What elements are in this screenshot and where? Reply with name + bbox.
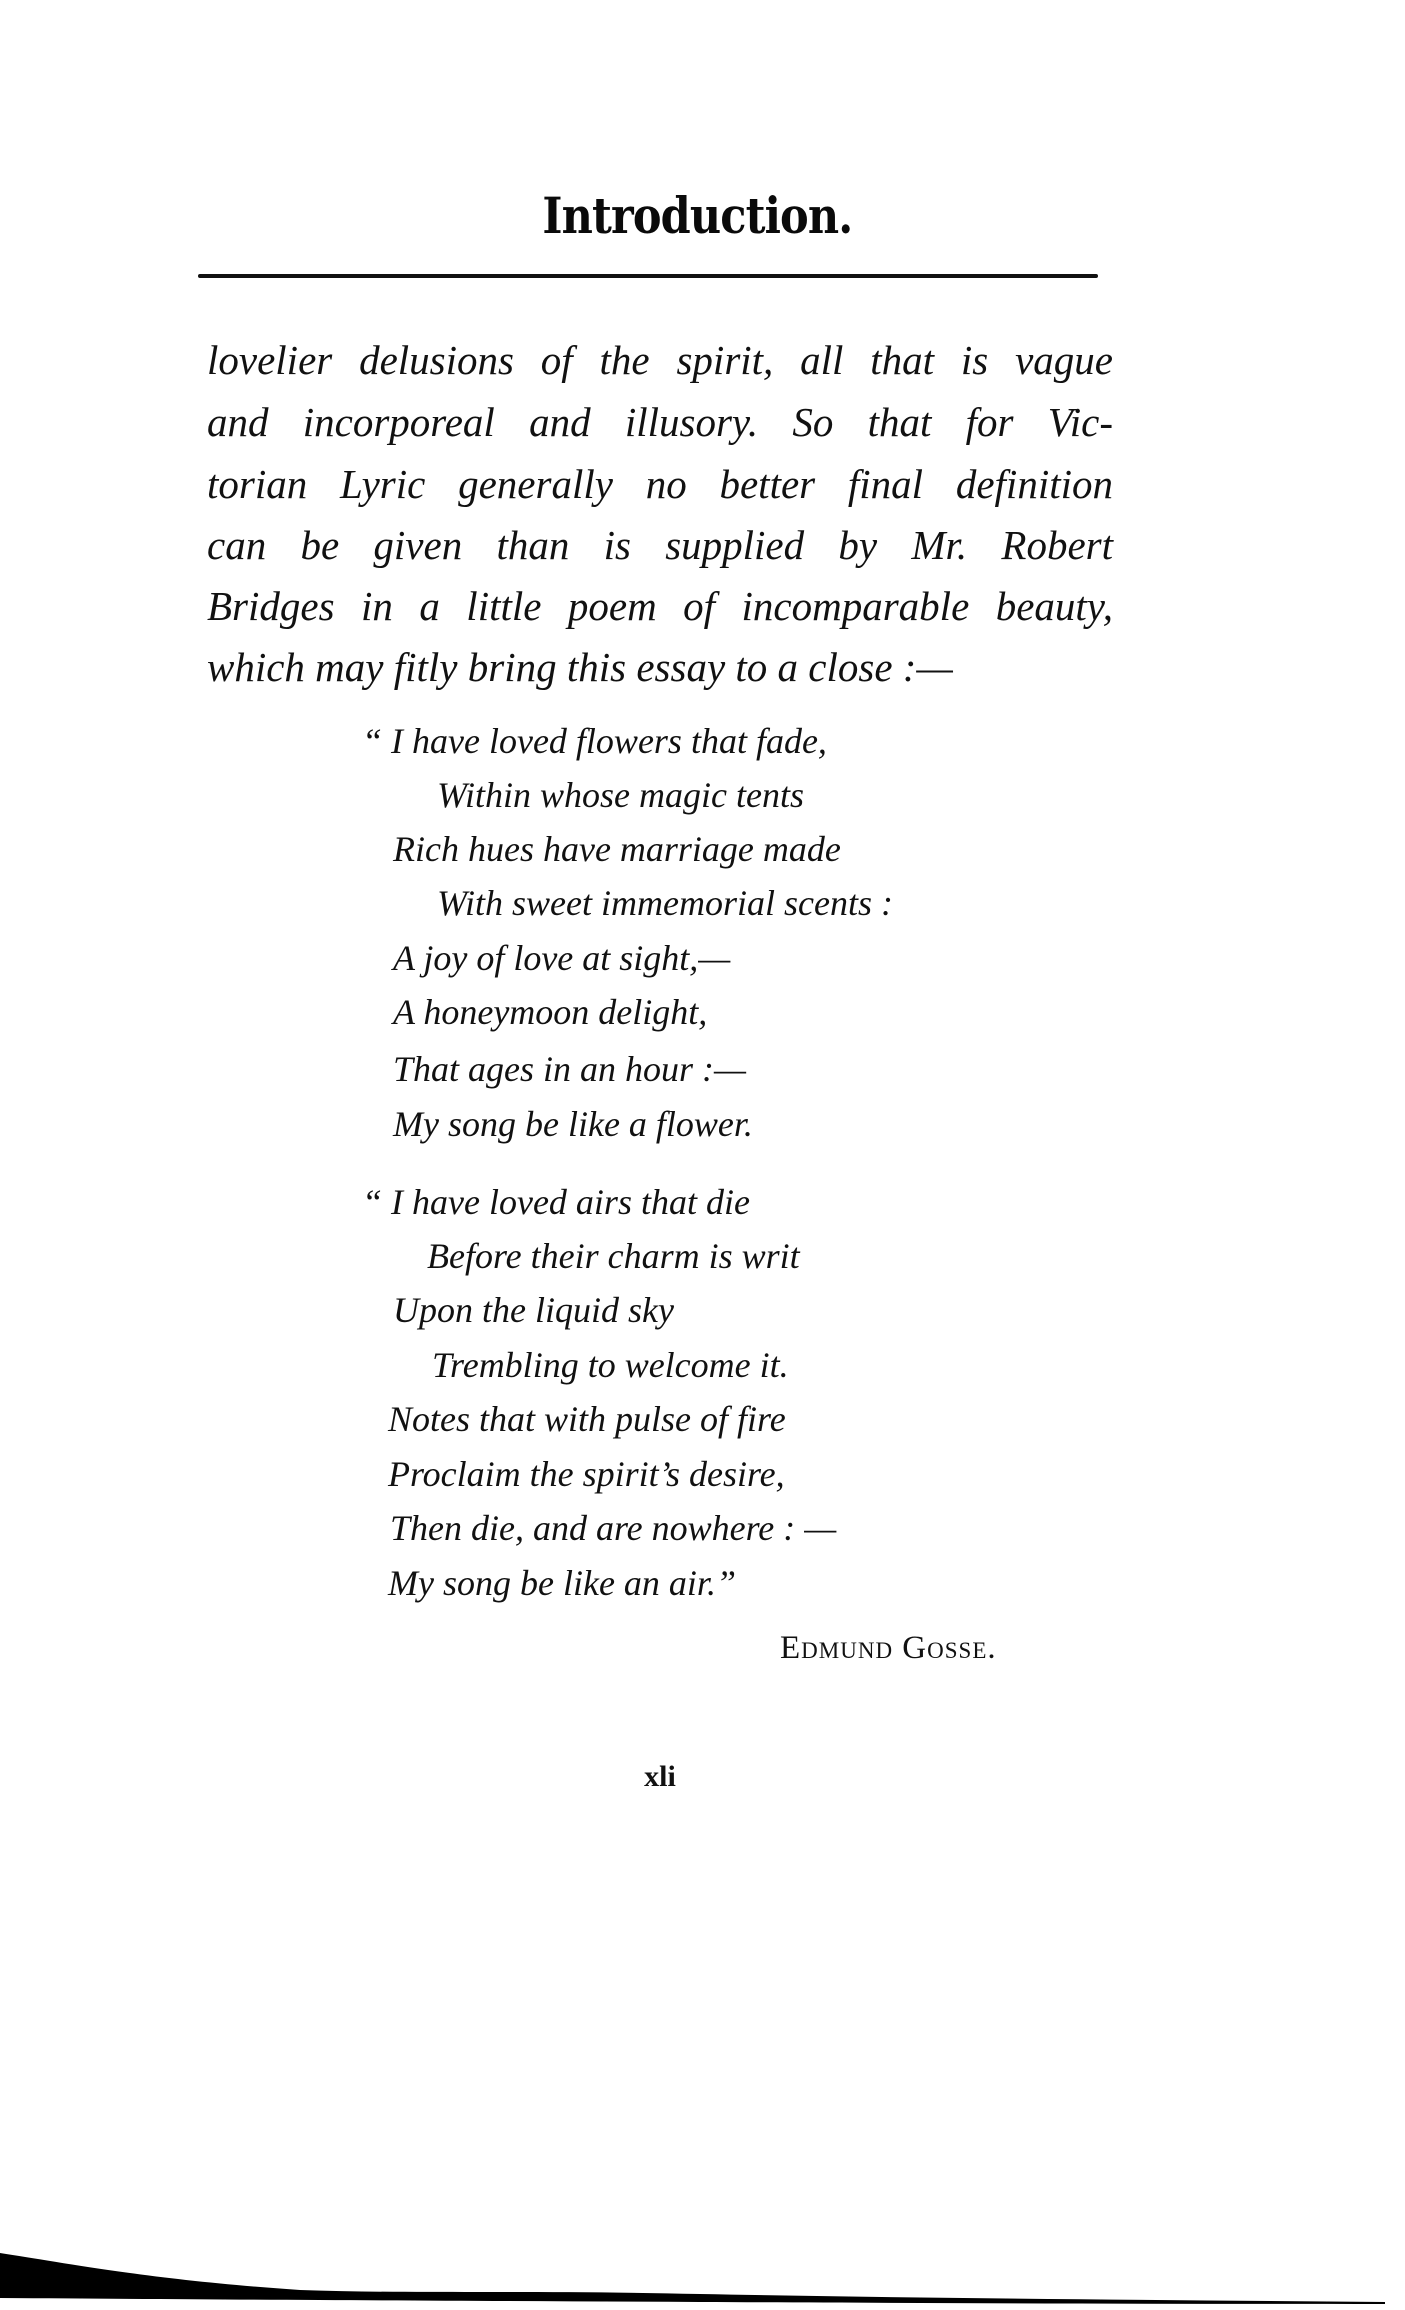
body-line: lovelier delusions of the spirit, all th… <box>207 336 1113 384</box>
poem-line: “ I have loved airs that die <box>362 1181 750 1223</box>
poem-line: Within whose magic tents <box>437 774 804 816</box>
author-signature: Edmund Gosse. <box>780 1630 997 1667</box>
poem-line: My song be like an air.” <box>388 1562 736 1604</box>
poem-line: Notes that with pulse of fire <box>388 1398 786 1440</box>
poem-line: A joy of love at sight,— <box>393 937 730 979</box>
poem-line: Rich hues have marriage made <box>393 828 841 870</box>
poem-line: A honeymoon delight, <box>393 991 707 1033</box>
poem-line: Trembling to welcome it. <box>432 1344 789 1386</box>
poem-line: With sweet immemorial scents : <box>437 882 893 924</box>
scan-shadow-edge <box>0 2240 1405 2310</box>
book-page: Introduction. lovelier delusions of the … <box>0 0 1405 2310</box>
body-line: which may fitly bring this essay to a cl… <box>207 643 1113 691</box>
running-header-title: Introduction. <box>93 186 1301 245</box>
poem-line: “ I have loved flowers that fade, <box>362 720 827 762</box>
body-line: can be given than is supplied by Mr. Rob… <box>207 521 1113 569</box>
poem-line: Proclaim the spirit’s desire, <box>388 1453 785 1495</box>
body-line: and incorporeal and illusory. So that fo… <box>207 398 1113 446</box>
poem-line: Before their charm is writ <box>427 1235 800 1277</box>
page-number: xli <box>0 1760 1320 1794</box>
body-line: torian Lyric generally no better final d… <box>207 460 1113 508</box>
poem-line: Upon the liquid sky <box>393 1289 674 1331</box>
body-line: Bridges in a little poem of incomparable… <box>207 582 1113 630</box>
header-rule-divider <box>198 274 1098 278</box>
poem-line: Then die, and are nowhere : — <box>390 1507 836 1549</box>
poem-line: That ages in an hour :— <box>393 1048 746 1090</box>
poem-line: My song be like a flower. <box>393 1103 753 1145</box>
